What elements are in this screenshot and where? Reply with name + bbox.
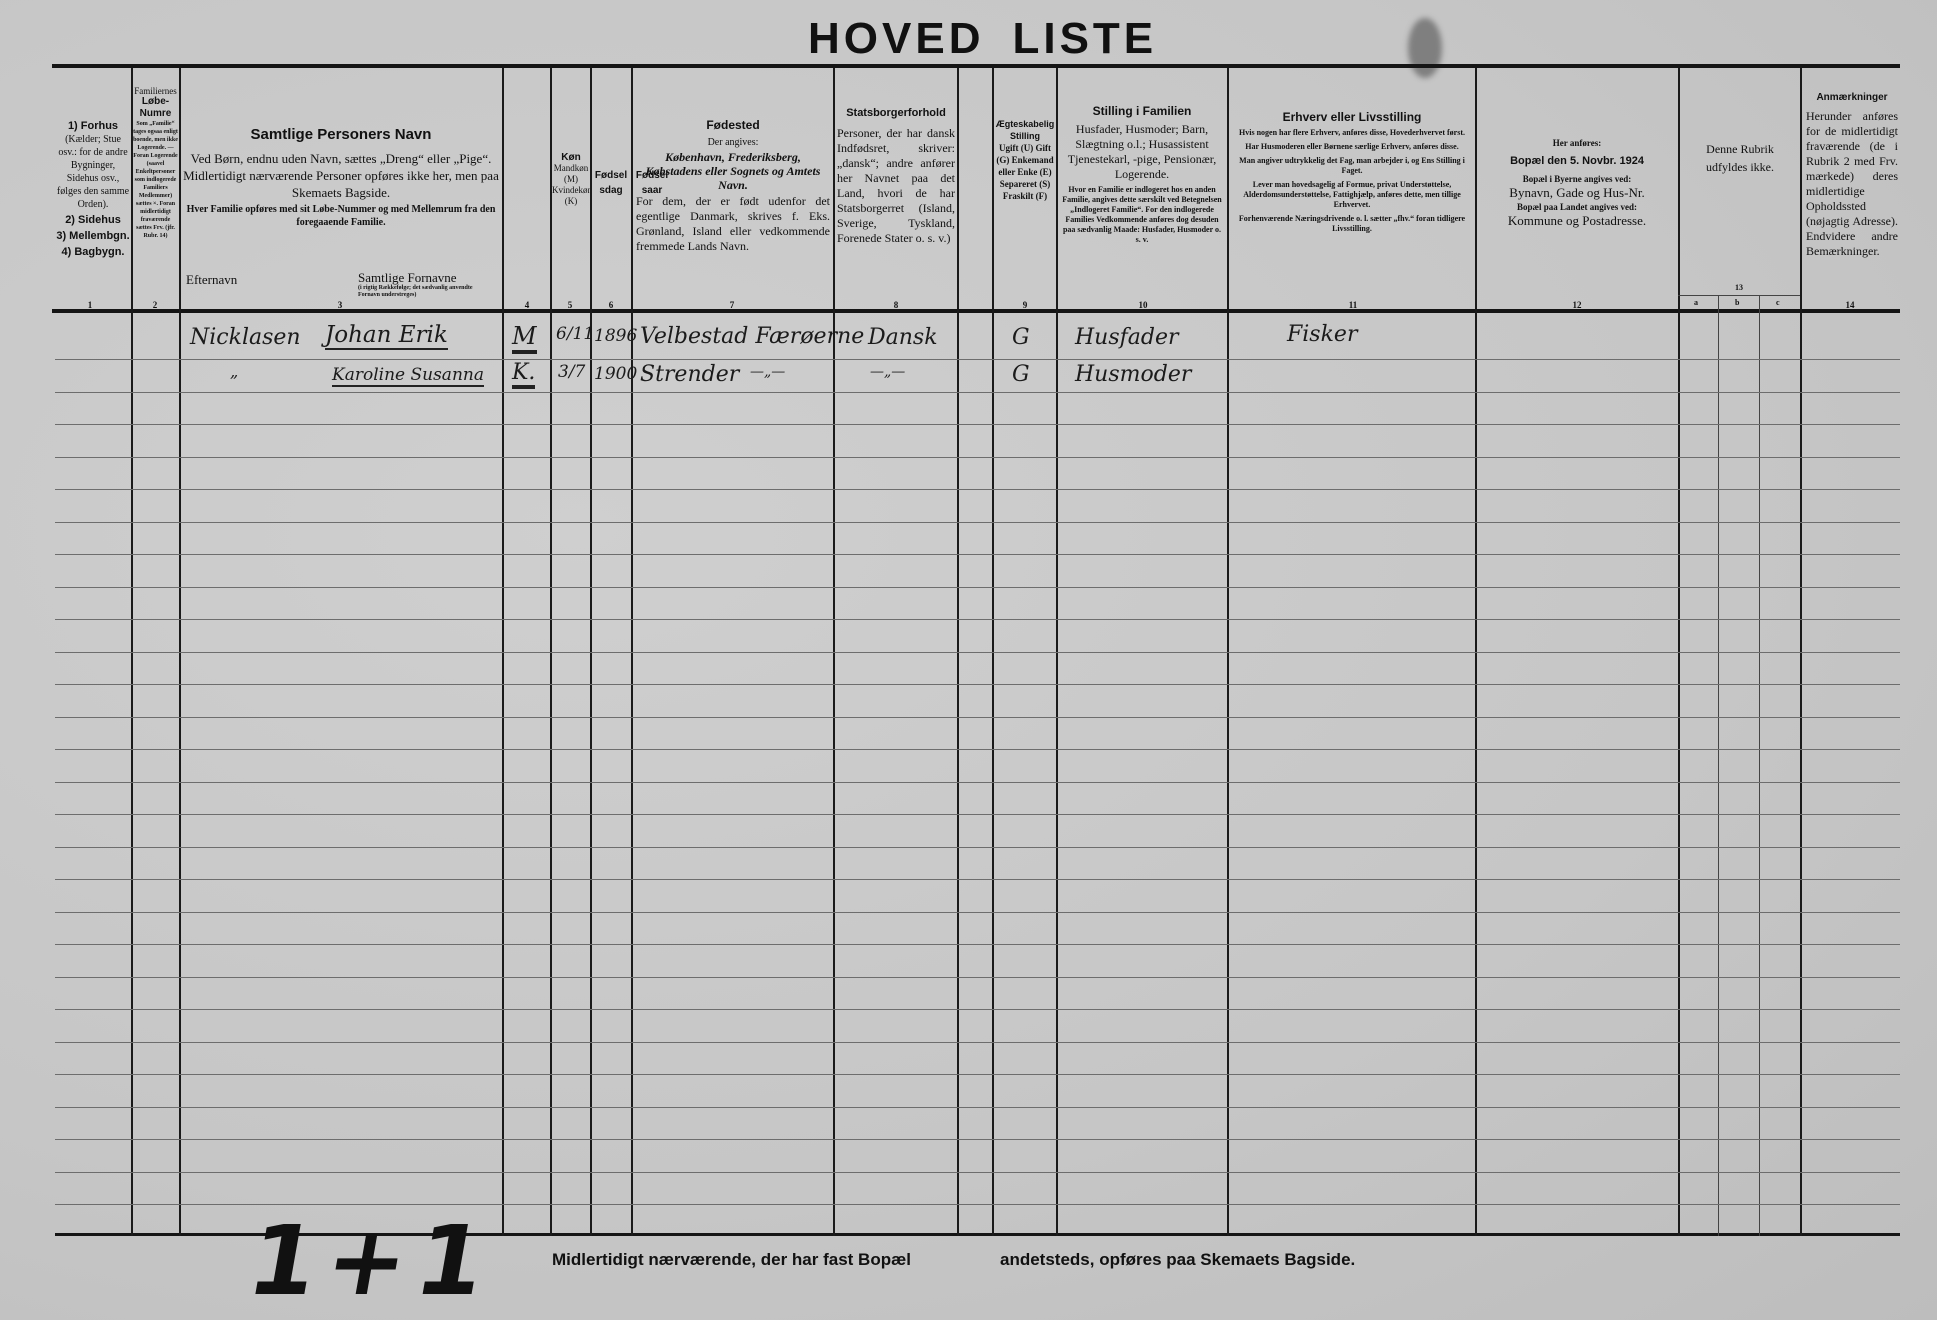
col11-p3: Man angiver udtrykkelig det Fag, man arb… (1232, 156, 1472, 176)
col1-mellembgn: 3) Mellembgn. (56, 230, 130, 243)
col8-heading: Statsborgerforhold (837, 106, 955, 120)
row1-aegteskab: G (1012, 325, 1030, 350)
colnum-10: 10 (1136, 300, 1150, 310)
col4-heading: Køn (552, 152, 590, 163)
row2-efternavn-ditto: „ (230, 362, 238, 381)
row2-stilling: Husmoder (1075, 362, 1191, 387)
colnum-8: 8 (891, 300, 901, 310)
colnum-1: 1 (85, 300, 95, 310)
colnum-5: 5 (565, 300, 575, 310)
col7-line2: København, Frederiksberg, Købstadens ell… (636, 150, 830, 192)
col2-pre: Familiernes (133, 86, 178, 96)
col-border-13a (1718, 295, 1719, 1236)
header-col-2: Familiernes Løbe-Numre Som „Familie“ tag… (133, 86, 178, 316)
col-border-13b (1759, 295, 1760, 1236)
col2-heading: Løbe-Numre (133, 96, 178, 120)
row2-fodested-ditto: —„— (750, 364, 785, 380)
col9-text: Ugift (U) Gift (G) Enkemand eller Enke (… (995, 142, 1055, 202)
footer-note-right: andetsteds, opføres paa Skemaets Bagside… (1000, 1250, 1355, 1270)
col3-line3: Hver Familie opføres med sit Løbe-Nummer… (182, 203, 500, 229)
colnum-7: 7 (727, 300, 737, 310)
colnum-9: 9 (1020, 300, 1030, 310)
col11-p4: Lever man hovedsagelig af Formue, privat… (1232, 180, 1472, 210)
row2-statsborger: —„— (870, 364, 905, 380)
col1-bagbygn: 4) Bagbygn. (56, 246, 130, 259)
header-col-4: Køn Mandkøn (M) Kvindekøn (K) (552, 152, 590, 382)
row1-fornavne: Johan Erik (325, 322, 448, 350)
colnum-12: 12 (1570, 300, 1584, 310)
col7-line3: For dem, der er født udenfor det egentli… (636, 194, 830, 254)
col3-line2: Midlertidigt nærværende Personer opføres… (182, 167, 500, 201)
col12-heading: Bopæl den 5. Novbr. 1924 (1478, 154, 1676, 168)
row2-kon: K. (512, 360, 535, 389)
col13-sub-a: a (1694, 298, 1698, 307)
row1-fodselsdag: 6/11 (556, 324, 594, 344)
col14-heading: Anmærkninger (1806, 90, 1898, 105)
row1-kon: M (512, 322, 537, 354)
col1-text: (Kælder; Stue osv.: for de andre Bygning… (56, 133, 130, 211)
header-col-1: 1) Forhus (Kælder; Stue osv.: for de and… (56, 120, 130, 350)
col1-sidehus: 2) Sidehus (56, 214, 130, 227)
row2-aegteskab: G (1012, 362, 1030, 387)
col12-pre: Her anføres: (1478, 136, 1676, 150)
header-col-7: Fødested Der angives: København, Frederi… (636, 118, 830, 348)
row1-efternavn: Nicklasen (190, 325, 301, 350)
colnum-11: 11 (1346, 300, 1360, 310)
col13-num: 13 (1735, 283, 1743, 292)
col11-heading: Erhverv eller Livsstilling (1232, 112, 1472, 122)
ink-stain (1408, 18, 1442, 78)
col11-p5: Forhenværende Næringsdrivende o. l. sætt… (1232, 214, 1472, 234)
table-top-border (52, 64, 1900, 68)
col3-sub-efternavn: Efternavn (186, 272, 237, 288)
colnum-6: 6 (606, 300, 616, 310)
col8-text: Personer, der har dansk Indfødsret, skri… (837, 126, 955, 246)
col14-text: Herunder anføres for de midlertidigt fra… (1806, 109, 1898, 259)
col13-sub-b: b (1735, 298, 1739, 307)
header-col-14: Anmærkninger Herunder anføres for de mid… (1806, 90, 1898, 320)
col10-heading: Stilling i Familien (1060, 104, 1224, 118)
colnum-4: 4 (522, 300, 532, 310)
colnum-14: 14 (1843, 300, 1857, 310)
col5-heading: Fødselsdag (593, 168, 629, 198)
header-col-12: Her anføres: Bopæl den 5. Novbr. 1924 Bo… (1478, 136, 1676, 366)
col3-heading: Samtlige Personers Navn (182, 128, 500, 142)
col9-heading: Ægteskabelig Stilling (995, 118, 1055, 142)
col7-line1: Der angives: (636, 136, 830, 150)
header-col-13: Denne Rubrik udfyldes ikke. (1700, 140, 1780, 370)
handwritten-page-number: 1+1 (240, 1205, 504, 1317)
col11-p2: Har Husmoderen eller Børnene særlige Erh… (1232, 142, 1472, 152)
col12-l4: Kommune og Postadresse. (1478, 214, 1676, 228)
row2-fodested: Strender (640, 362, 739, 387)
col3-sub-fornavne: Samtlige Fornavne (358, 270, 457, 286)
footer-note-left: Midlertidigt nærværende, der har fast Bo… (552, 1250, 911, 1270)
col3-sub-fornavne-note: (i rigtig Rækkefølge; det sædvanlig anve… (358, 285, 488, 299)
col12-l3: Bopæl paa Landet angives ved: (1478, 200, 1676, 214)
col11-p1: Hvis nogen har flere Erhverv, anføres di… (1232, 128, 1472, 138)
colnum-2: 2 (150, 300, 160, 310)
col2-text: Som „Familie“ tages ogsaa enligt boende,… (133, 120, 178, 240)
col3-line1: Ved Børn, endnu uden Navn, sættes „Dreng… (182, 150, 500, 167)
title-word-hoved: HOVED (808, 14, 984, 63)
col1-heading: 1) Forhus (56, 120, 130, 133)
row1-fodested: Velbestad Færøerne (640, 324, 864, 349)
col13-text: Denne Rubrik udfyldes ikke. (1700, 140, 1780, 176)
col7-heading: Fødested (636, 118, 830, 132)
col4-text: Mandkøn (M) Kvindekøn (K) (552, 163, 590, 207)
row1-fodselsaar: 1896 (594, 326, 637, 346)
col10-line1: Husfader, Husmoder; Barn, Slægtning o.l.… (1060, 122, 1224, 182)
row1-statsborger: Dansk (868, 325, 938, 350)
col12-l2: Bynavn, Gade og Hus-Nr. (1478, 186, 1676, 200)
title-word-liste: LISTE (1012, 14, 1157, 63)
colnum-3: 3 (335, 300, 345, 310)
row2-fornavne: Karoline Susanna (332, 365, 484, 387)
col12-l1: Bopæl i Byerne angives ved: (1478, 172, 1676, 186)
col10-line2: Hvor en Familie er indlogeret hos en and… (1060, 185, 1224, 245)
row2-fodselsdag: 3/7 (558, 362, 585, 382)
row2-fodselsaar: 1900 (594, 364, 637, 384)
row1-erhverv: Fisker (1287, 322, 1357, 347)
row1-stilling: Husfader (1075, 325, 1179, 350)
col13-sub-c: c (1776, 298, 1780, 307)
header-col-9: Ægteskabelig Stilling Ugift (U) Gift (G)… (995, 118, 1055, 348)
